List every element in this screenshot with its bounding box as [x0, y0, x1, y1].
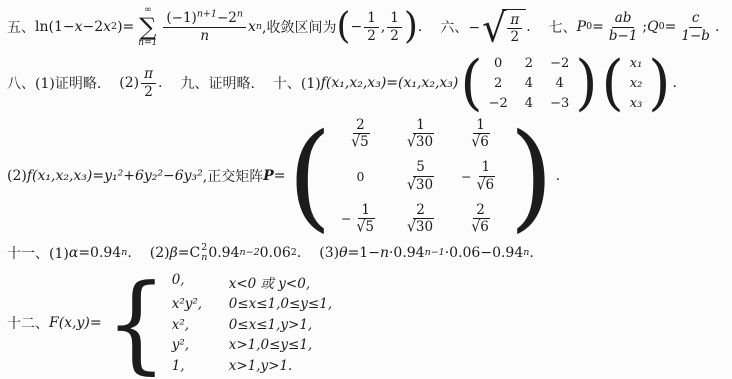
matrix-cell: 2√5: [346, 117, 375, 150]
math-token: 0.94: [208, 245, 239, 261]
fraction-denominator: 2: [141, 84, 156, 100]
math-token: n: [380, 245, 389, 261]
case-value: 1,: [172, 358, 229, 374]
problem-9-answer: 九、证明略.: [180, 73, 254, 93]
case-value: y²,: [172, 337, 229, 353]
fraction-numerator: c: [689, 10, 703, 27]
minus-sign: −: [341, 211, 351, 226]
math-token: .: [526, 19, 530, 35]
matrix-cell: 0: [357, 169, 365, 184]
radicand: 30: [415, 133, 434, 150]
radicand: 6: [479, 133, 490, 150]
radical-icon: √: [356, 219, 365, 234]
case-condition: x<0 或 y<0,: [229, 272, 332, 292]
matrix-p-symbol: P: [263, 168, 274, 184]
vector-cell: x₂: [630, 76, 643, 91]
series-coefficient-fraction: (−1)n+1−2n n: [163, 10, 246, 43]
radical-icon: √: [407, 177, 416, 192]
fraction-denominator: √30: [404, 219, 437, 235]
math-token: .: [297, 245, 301, 261]
left-paren-icon: (: [460, 53, 482, 113]
fraction: 2√5: [348, 117, 373, 150]
math-token: (3): [319, 245, 339, 261]
matrix-cell: 2√30: [402, 202, 439, 235]
fraction-numerator: 1: [364, 10, 379, 27]
math-token: (2): [119, 75, 139, 91]
math-token: =: [592, 19, 604, 35]
vector-cell: x₁: [630, 56, 643, 71]
math-token: 0.06: [260, 245, 291, 261]
matrix-cell: 4: [525, 76, 533, 91]
fraction: 1√5: [353, 202, 378, 235]
fraction-denominator: √5: [353, 219, 378, 235]
canonical-form-expression: f(x₁,x₂,x₃)=y₁²+6y₂²−6y₃²: [27, 168, 203, 184]
left-paren-icon: (: [288, 118, 332, 234]
orthogonal-matrix-text: ,正交矩阵: [203, 166, 263, 186]
math-token: x: [103, 19, 111, 35]
math-token: =: [274, 168, 286, 184]
math-token: α: [69, 245, 78, 261]
math-token: 0: [357, 169, 365, 184]
radical-icon: √: [477, 177, 486, 192]
fraction-numerator: 2: [473, 202, 488, 219]
math-token: )=: [117, 19, 134, 35]
fraction: 1√6: [468, 117, 493, 150]
case-condition: x>1,0≤y≤1,: [229, 337, 332, 353]
right-paren-icon: ): [648, 53, 670, 113]
matrix-p-entries: 2√5 1√30 1√6 0 5√30 −1√6 −1√5 2√30 2√6: [332, 117, 509, 235]
math-token: ,: [381, 19, 385, 35]
fraction: abb−1: [606, 10, 641, 43]
math-token: x: [248, 19, 256, 35]
binomial-scripts: 2 n: [201, 243, 207, 263]
fraction-numerator: 1: [358, 202, 373, 219]
matrix-cell: −1√6: [461, 159, 500, 192]
radical-icon: √: [471, 134, 480, 149]
math-answer-sheet: 五、 ln(1− x −2 x 2 )= ∞ ∑ n=1 (−1)n+1−2n …: [0, 0, 732, 379]
fraction: 5√30: [404, 159, 437, 192]
fraction-denominator: 2: [387, 28, 402, 44]
math-token: Q: [647, 19, 658, 35]
fraction-denominator: 2: [507, 29, 522, 45]
matrix-cell: 1√6: [466, 117, 495, 150]
fraction-denominator: √5: [348, 134, 373, 150]
matrix-cell: 2: [494, 76, 502, 91]
fraction-denominator: √6: [468, 219, 493, 235]
math-token: −2: [217, 10, 237, 26]
radicand: 6: [485, 176, 496, 193]
fraction-numerator: 1: [387, 10, 402, 27]
line-problem-10-part2: (2) f(x₁,x₂,x₃)=y₁²+6y₂²−6y₃² ,正交矩阵 P = …: [7, 114, 728, 238]
fraction: π2: [507, 12, 522, 45]
fraction-numerator: 1: [479, 159, 494, 176]
math-token: ·0.94: [389, 245, 425, 261]
math-token: .: [673, 75, 677, 91]
math-token: P: [577, 19, 586, 35]
matrix-a-entries: 0 2 −2 2 4 4 −2 4 −3: [483, 56, 576, 111]
problem-7-label: 七、: [549, 17, 577, 37]
right-paren-icon: ): [404, 9, 418, 46]
right-paren-icon: ): [575, 53, 597, 113]
exponent: n: [237, 9, 243, 20]
vector-cell: x₃: [630, 96, 643, 111]
quadratic-form-expression: f(x₁,x₂,x₃)=(x₁,x₂,x₃): [321, 75, 459, 91]
problem-5-label: 五、: [7, 17, 35, 37]
math-token: .: [556, 168, 560, 184]
case-condition: 0≤x≤1,0≤y≤1,: [229, 296, 332, 312]
matrix-cell: 1√30: [402, 117, 439, 150]
fraction-denominator: b−1: [606, 28, 641, 44]
matrix-cell: 2√6: [466, 202, 495, 235]
case-condition: 0≤x≤1,y>1,: [229, 317, 332, 333]
vector-x: ( x₁ x₂ x₃ ): [601, 55, 670, 112]
math-token: =0.94: [78, 245, 121, 261]
fraction-denominator: √6: [468, 134, 493, 150]
line-problems-5-6-7: 五、 ln(1− x −2 x 2 )= ∞ ∑ n=1 (−1)n+1−2n …: [7, 2, 728, 52]
math-token: .: [127, 245, 131, 261]
fraction-numerator: π: [141, 66, 156, 83]
case-value: x²,: [172, 317, 229, 333]
fraction: 12: [387, 10, 402, 43]
fraction-numerator: 1: [413, 117, 428, 134]
fraction-denominator: 2: [364, 28, 379, 44]
math-token: =: [665, 19, 677, 35]
problem-10-label: 十、(1): [273, 73, 321, 93]
math-token: −: [351, 19, 363, 35]
sum-lower-limit: n=1: [138, 39, 157, 48]
math-token: .: [715, 19, 719, 35]
fraction: c1−b: [678, 10, 713, 43]
math-token: (2): [150, 245, 170, 261]
math-token: .: [529, 245, 533, 261]
matrix-cell: 0: [494, 56, 502, 71]
radical-icon: √: [471, 219, 480, 234]
radical-icon: √: [351, 134, 360, 149]
math-token: (2): [7, 168, 27, 184]
fraction-denominator: n: [197, 28, 212, 44]
fraction-denominator: √30: [404, 134, 437, 150]
case-value: x²y²,: [172, 296, 229, 312]
math-token: ·0.06−0.94: [445, 245, 524, 261]
math-token: x: [75, 19, 83, 35]
sqrt-expression: √ π2: [482, 9, 526, 45]
fraction: 2√30: [404, 202, 437, 235]
cases-grid: 0, x<0 或 y<0, x²y², 0≤x≤1,0≤y≤1, x², 0≤x…: [172, 272, 332, 374]
radicand: 5: [364, 218, 375, 235]
math-token: .: [418, 19, 422, 35]
problem-12-label: 十二、: [7, 313, 49, 333]
radical-icon: √: [407, 219, 416, 234]
fraction: 1√6: [474, 159, 499, 192]
fraction-denominator: √6: [474, 177, 499, 193]
summation-symbol: ∞ ∑ n=1: [138, 6, 157, 49]
matrix-cell: 4: [556, 76, 564, 91]
math-token: −2: [83, 19, 104, 35]
case-condition: x>1,y>1.: [229, 358, 332, 374]
subscript: n: [201, 253, 207, 263]
matrix-p: ( 2√5 1√30 1√6 0 5√30 −1√6 −1√5 2√30 2√6…: [288, 117, 554, 235]
fraction-numerator: 5: [413, 159, 428, 176]
left-paren-icon: (: [336, 9, 350, 46]
vector-x-entries: x₁ x₂ x₃: [624, 56, 649, 111]
math-token: =C: [178, 245, 200, 261]
radical-icon: √: [482, 12, 506, 44]
matrix-cell: 5√30: [402, 159, 439, 192]
fraction-numerator: 2: [353, 117, 368, 134]
fraction: 12: [364, 10, 379, 43]
fraction-numerator: 1: [473, 117, 488, 134]
math-token: (−1): [166, 10, 196, 26]
matrix-cell: −2: [550, 56, 569, 71]
minus-sign: −: [461, 169, 471, 184]
math-token: ln(1−: [35, 19, 75, 35]
matrix-a: ( 0 2 −2 2 4 4 −2 4 −3 ): [460, 55, 597, 112]
right-paren-icon: ): [509, 118, 553, 234]
line-problems-8-9-10: 八、(1)证明略. (2) π2 . 九、证明略. 十、(1) f(x₁,x₂,…: [7, 52, 728, 114]
math-token: .: [158, 75, 162, 91]
fraction-denominator: 1−b: [678, 28, 713, 44]
function-lhs: F(x,y)=: [49, 315, 102, 331]
fraction-numerator: (−1)n+1−2n: [163, 10, 246, 27]
fraction-numerator: 2: [413, 202, 428, 219]
radicand: 5: [359, 133, 370, 150]
math-token: θ: [339, 245, 347, 261]
problem-8-answer: 八、(1)证明略.: [7, 73, 101, 93]
fraction: 2√6: [468, 202, 493, 235]
fraction-numerator: π: [507, 12, 522, 29]
piecewise-function: { 0, x<0 或 y<0, x²y², 0≤x≤1,0≤y≤1, x², 0…: [106, 272, 333, 374]
math-token: =1−: [348, 245, 380, 261]
matrix-cell: −1√5: [341, 202, 380, 235]
radical-icon: √: [407, 134, 416, 149]
fraction: 1√30: [404, 117, 437, 150]
radicand: 30: [415, 218, 434, 235]
math-token: β: [170, 245, 178, 261]
sigma-icon: ∑: [139, 16, 156, 39]
convergence-text: ,收敛区间为: [262, 17, 336, 37]
left-brace-icon: {: [106, 270, 167, 376]
case-value: 0,: [172, 272, 229, 292]
problem-6-label: 六、−: [440, 17, 480, 37]
matrix-cell: −2: [489, 96, 508, 111]
left-paren-icon: (: [601, 53, 623, 113]
fraction-denominator: √30: [404, 177, 437, 193]
radicand: 30: [415, 176, 434, 193]
fraction: π2: [141, 66, 156, 99]
matrix-cell: 2: [525, 56, 533, 71]
problem-11-label: 十一、(1): [7, 243, 69, 263]
fraction-numerator: ab: [612, 10, 635, 27]
radicand: 6: [479, 218, 490, 235]
line-problem-12: 十二、 F(x,y)= { 0, x<0 或 y<0, x²y², 0≤x≤1,…: [7, 266, 728, 379]
exponent: n+1: [197, 9, 217, 20]
